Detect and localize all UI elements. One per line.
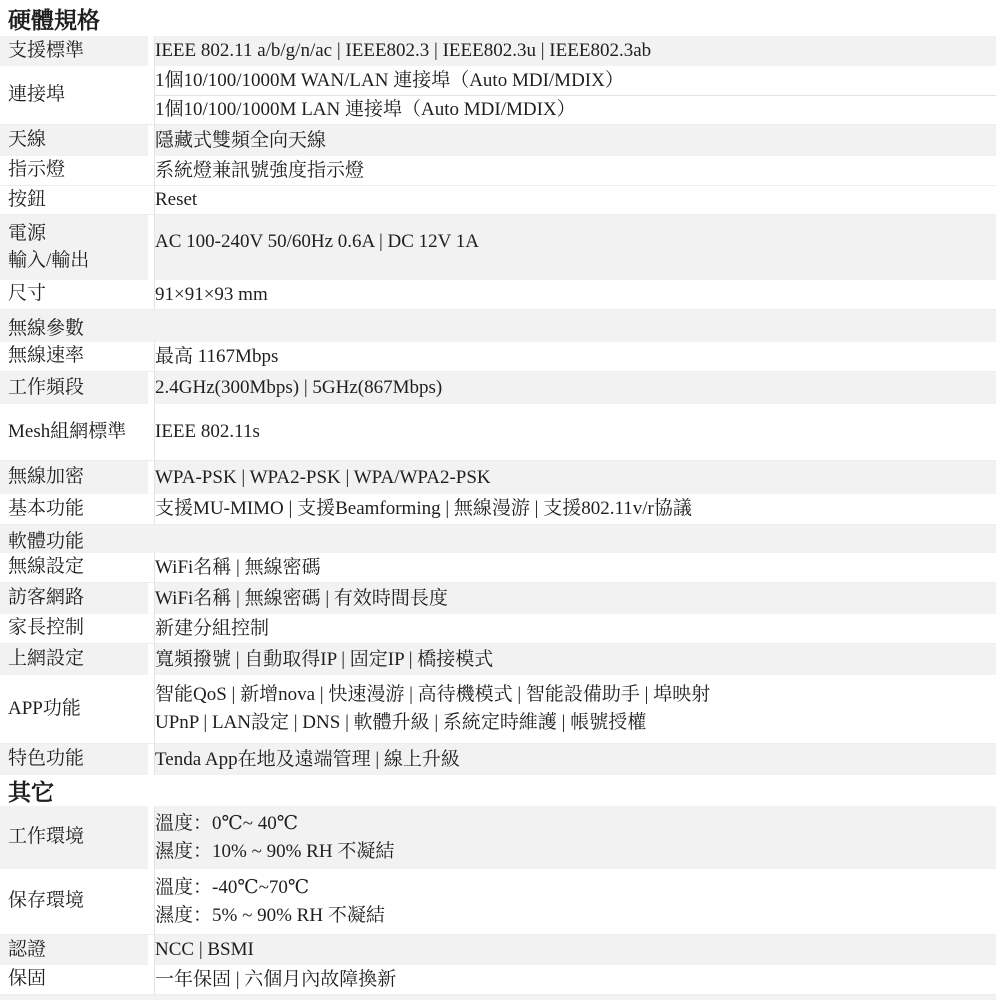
spec-row-value: 91×91×93 mm <box>154 280 996 309</box>
spec-row-parental-control: 家長控制 新建分組控制 <box>0 614 996 644</box>
section-header-hardware: 硬體規格 <box>0 0 996 36</box>
spec-row-storage-environment: 保存環境 溫度：-40℃~70℃ 濕度：5% ~ 90% RH 不凝結 <box>0 869 996 935</box>
spec-row-operating-environment: 工作環境 溫度：0℃~ 40℃ 濕度：10% ~ 90% RH 不凝結 <box>0 806 996 869</box>
spec-row-ports: 連接埠 1個10/100/1000M WAN/LAN 連接埠（Auto MDI/… <box>0 66 996 125</box>
spec-row-value: 最高 1167Mbps <box>154 342 996 371</box>
spec-row-value: WiFi名稱 | 無線密碼 <box>154 553 996 582</box>
spec-row-guest-network: 訪客網路 WiFi名稱 | 無線密碼 | 有效時間長度 <box>0 583 996 614</box>
spec-row-power: 電源 輸入/輸出 AC 100-240V 50/60Hz 0.6A | DC 1… <box>0 215 996 280</box>
spec-row-value: 寬頻撥號 | 自動取得IP | 固定IP | 橋接模式 <box>154 644 996 675</box>
spec-row-special-features: 特色功能 Tenda App在地及遠端管理 | 線上升級 <box>0 744 996 775</box>
spec-row-value: Tenda App在地及遠端管理 | 線上升級 <box>154 744 996 775</box>
spec-row-value-line: 1個10/100/1000M WAN/LAN 連接埠（Auto MDI/MDIX… <box>155 66 996 95</box>
spec-row-warranty: 保固 一年保固 | 六個月內故障換新 <box>0 965 996 995</box>
subsection-header-software: 軟體功能 <box>0 525 996 553</box>
spec-row-label: 工作頻段 <box>0 375 148 402</box>
spec-row-label: 工作環境 <box>0 824 148 851</box>
spec-row-label: 基本功能 <box>0 496 148 523</box>
spec-row-label: 連接埠 <box>0 82 148 109</box>
spec-row-certification: 認證 NCC | BSMI <box>0 935 996 965</box>
subsection-header-label: 無線參數 <box>8 313 84 340</box>
spec-row-value: 溫度：0℃~ 40℃ 濕度：10% ~ 90% RH 不凝結 <box>154 806 996 869</box>
spec-row-value: 新建分組控制 <box>154 614 996 643</box>
spec-row-value: 2.4GHz(300Mbps) | 5GHz(867Mbps) <box>154 372 996 404</box>
spec-row-label: 訪客網路 <box>0 585 148 612</box>
spec-row-label: 無線速率 <box>0 343 148 370</box>
subsection-header-wireless-params: 無線參數 <box>0 310 996 342</box>
spec-row-label: 無線設定 <box>0 554 148 581</box>
spec-row-value: 1個10/100/1000M WAN/LAN 連接埠（Auto MDI/MDIX… <box>154 66 996 124</box>
spec-row-value: 一年保固 | 六個月內故障換新 <box>154 965 996 994</box>
spec-row-button: 按鈕 Reset <box>0 186 996 215</box>
spec-row-label: 上網設定 <box>0 646 148 673</box>
spec-row-value: IEEE 802.11 a/b/g/n/ac | IEEE802.3 | IEE… <box>154 36 996 66</box>
spec-row-label: 天線 <box>0 127 148 154</box>
spec-row-internet-settings: 上網設定 寬頻撥號 | 自動取得IP | 固定IP | 橋接模式 <box>0 644 996 675</box>
section-header-others-label: 其它 <box>8 774 54 807</box>
spec-row-value: Reset <box>154 186 996 214</box>
spec-row-value: 系統燈兼訊號強度指示燈 <box>154 156 996 185</box>
spec-row-antenna: 天線 隱藏式雙頻全向天線 <box>0 125 996 156</box>
spec-row-value: WPA-PSK | WPA2-PSK | WPA/WPA2-PSK <box>154 461 996 494</box>
spec-row-value-line: 1個10/100/1000M LAN 連接埠（Auto MDI/MDIX） <box>155 95 996 124</box>
spec-row-frequency-band: 工作頻段 2.4GHz(300Mbps) | 5GHz(867Mbps) <box>0 372 996 404</box>
spec-row-label: 無線加密 <box>0 464 148 491</box>
spec-row-basic-functions: 基本功能 支援MU-MIMO | 支援Beamforming | 無線漫游 | … <box>0 494 996 525</box>
spec-row-label: 按鈕 <box>0 187 148 214</box>
spec-row-wireless-encryption: 無線加密 WPA-PSK | WPA2-PSK | WPA/WPA2-PSK <box>0 461 996 494</box>
spec-row-value: NCC | BSMI <box>154 935 996 965</box>
spec-row-wireless-settings: 無線設定 WiFi名稱 | 無線密碼 <box>0 553 996 583</box>
spec-row-label: 認證 <box>0 937 148 964</box>
spec-row-label: 保固 <box>0 966 148 993</box>
spec-row-supported-standards: 支援標準 IEEE 802.11 a/b/g/n/ac | IEEE802.3 … <box>0 36 996 66</box>
spec-row-indicator: 指示燈 系統燈兼訊號強度指示燈 <box>0 156 996 186</box>
spec-row-label: Mesh組網標準 <box>0 419 148 446</box>
spec-row-value: IEEE 802.11s <box>154 404 996 460</box>
spec-row-value: AC 100-240V 50/60Hz 0.6A | DC 12V 1A <box>154 215 996 280</box>
spec-row-mesh-standard: Mesh組網標準 IEEE 802.11s <box>0 404 996 461</box>
section-header-others: 其它 <box>0 775 996 806</box>
spec-row-dimensions: 尺寸 91×91×93 mm <box>0 280 996 310</box>
spec-row-value: 支援MU-MIMO | 支援Beamforming | 無線漫游 | 支援802… <box>154 494 996 524</box>
spec-row-label: 尺寸 <box>0 281 148 308</box>
spec-row-label: 特色功能 <box>0 746 148 773</box>
spec-row-label: APP功能 <box>0 696 148 723</box>
spec-row-value: 智能QoS | 新增nova | 快速漫游 | 高待機模式 | 智能設備助手 |… <box>154 675 996 743</box>
spec-row-value: WiFi名稱 | 無線密碼 | 有效時間長度 <box>154 583 996 614</box>
spec-row-label: 指示燈 <box>0 157 148 184</box>
spec-row-value: 隱藏式雙頻全向天線 <box>154 125 996 156</box>
next-row-cutoff-strip <box>0 995 996 1000</box>
spec-table: 硬體規格 支援標準 IEEE 802.11 a/b/g/n/ac | IEEE8… <box>0 0 996 1000</box>
spec-row-app-functions: APP功能 智能QoS | 新增nova | 快速漫游 | 高待機模式 | 智能… <box>0 675 996 744</box>
section-header-hardware-label: 硬體規格 <box>8 2 100 35</box>
spec-row-value: 溫度：-40℃~70℃ 濕度：5% ~ 90% RH 不凝結 <box>154 869 996 934</box>
subsection-header-label: 軟體功能 <box>8 526 84 553</box>
spec-row-label: 家長控制 <box>0 615 148 642</box>
spec-row-wireless-rate: 無線速率 最高 1167Mbps <box>0 342 996 372</box>
spec-row-label: 保存環境 <box>0 888 148 915</box>
spec-row-label: 電源 輸入/輸出 <box>0 221 148 274</box>
spec-row-label: 支援標準 <box>0 38 148 65</box>
